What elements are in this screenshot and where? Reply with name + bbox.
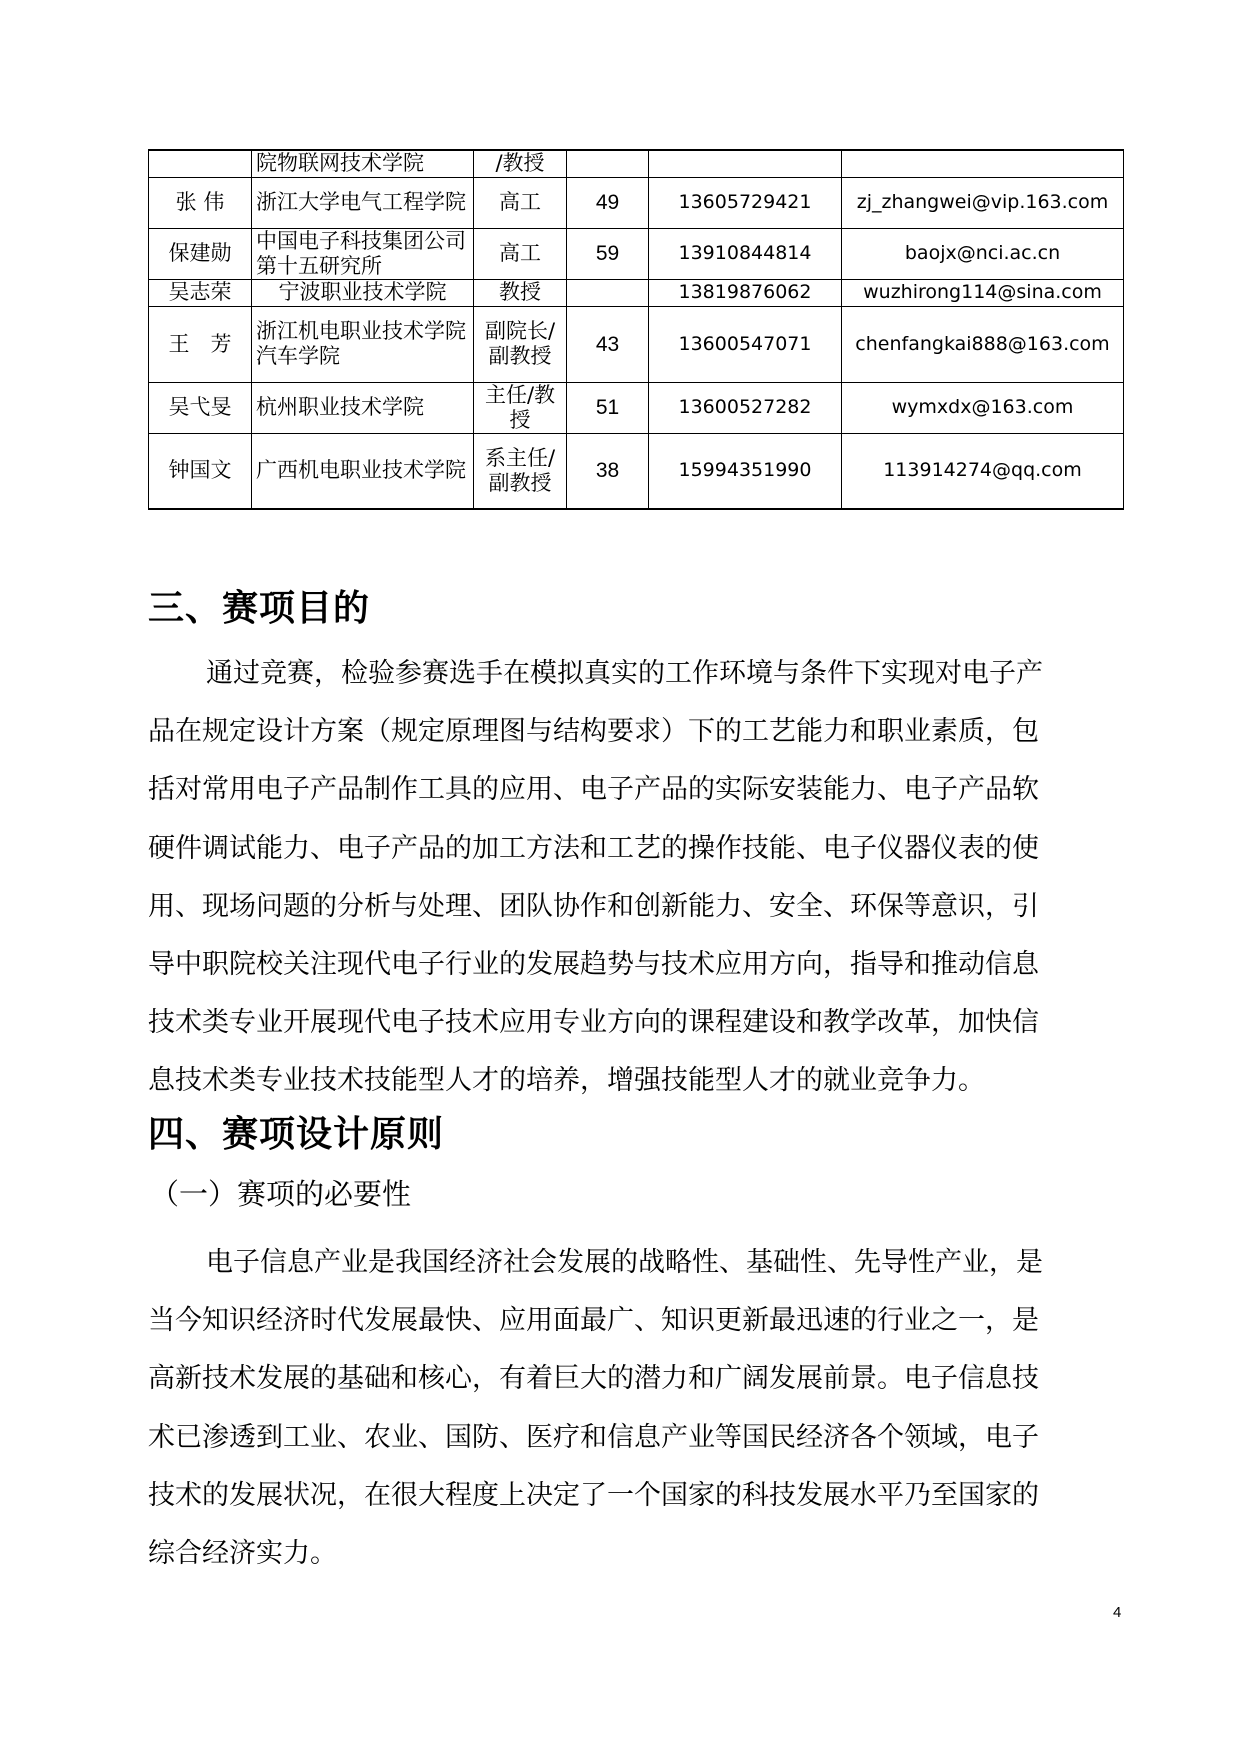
text-line: 导中职院校关注现代电子行业的发展趋势与技术应用方向，指导和推动信息 <box>148 936 1108 994</box>
cell-age <box>567 279 649 306</box>
section-heading-purpose: 三、赛项目的 <box>148 580 370 631</box>
cell-organization: 中国电子科技集团公司第十五研究所 <box>252 228 474 279</box>
cell-title: 高工 <box>474 177 567 228</box>
cell-age: 51 <box>567 382 649 433</box>
text-line: 用、现场问题的分析与处理、团队协作和创新能力、安全、环保等意识，引 <box>148 878 1108 936</box>
table-row: 王 芳 浙江机电职业技术学院汽车学院 副院长/副教授 43 1360054707… <box>149 306 1124 382</box>
cell-age: 38 <box>567 433 649 509</box>
cell-name: 王 芳 <box>149 306 252 382</box>
text-line: 括对常用电子产品制作工具的应用、电子产品的实际安装能力、电子产品软 <box>148 761 1108 819</box>
cell-title: 主任/教授 <box>474 382 567 433</box>
cell-title: /教授 <box>474 150 567 177</box>
cell-name <box>149 150 252 177</box>
cell-phone: 13600547071 <box>649 306 842 382</box>
cell-phone <box>649 150 842 177</box>
text-line: 硬件调试能力、电子产品的加工方法和工艺的操作技能、电子仪器仪表的使 <box>148 820 1108 878</box>
expert-roster-table: 院物联网技术学院 /教授 张 伟 浙江大学电气工程学院 高工 49 136057… <box>148 149 1124 510</box>
text-line: 技术的发展状况，在很大程度上决定了一个国家的科技发展水平乃至国家的 <box>148 1467 1108 1525</box>
cell-phone: 15994351990 <box>649 433 842 509</box>
table-row: 吴弋旻 杭州职业技术学院 主任/教授 51 13600527282 wymxdx… <box>149 382 1124 433</box>
text-line: 综合经济实力。 <box>148 1525 1108 1583</box>
cell-phone: 13910844814 <box>649 228 842 279</box>
cell-email: wymxdx@163.com <box>842 382 1124 433</box>
cell-email: wuzhirong114@sina.com <box>842 279 1124 306</box>
cell-age: 49 <box>567 177 649 228</box>
table-row: 张 伟 浙江大学电气工程学院 高工 49 13605729421 zj_zhan… <box>149 177 1124 228</box>
section-heading-design-principles: 四、赛项设计原则 <box>148 1106 444 1157</box>
text-line: 通过竞赛，检验参赛选手在模拟真实的工作环境与条件下实现对电子产 <box>148 645 1108 703</box>
cell-organization: 院物联网技术学院 <box>252 150 474 177</box>
cell-organization: 浙江大学电气工程学院 <box>252 177 474 228</box>
text-line: 术已渗透到工业、农业、国防、医疗和信息产业等国民经济各个领域，电子 <box>148 1409 1108 1467</box>
cell-organization: 杭州职业技术学院 <box>252 382 474 433</box>
cell-email: chenfangkai888@163.com <box>842 306 1124 382</box>
cell-age: 59 <box>567 228 649 279</box>
text-line: 品在规定设计方案（规定原理图与结构要求）下的工艺能力和职业素质，包 <box>148 703 1108 761</box>
text-line: 息技术类专业技术技能型人才的培养，增强技能型人才的就业竞争力。 <box>148 1052 1108 1110</box>
table-row: 院物联网技术学院 /教授 <box>149 150 1124 177</box>
cell-organization: 宁波职业技术学院 <box>252 279 474 306</box>
text-line: 高新技术发展的基础和核心，有着巨大的潜力和广阔发展前景。电子信息技 <box>148 1350 1108 1408</box>
cell-email: baojx@nci.ac.cn <box>842 228 1124 279</box>
cell-name: 钟国文 <box>149 433 252 509</box>
cell-phone: 13600527282 <box>649 382 842 433</box>
text-line: 当今知识经济时代发展最快、应用面最广、知识更新最迅速的行业之一，是 <box>148 1292 1108 1350</box>
cell-name: 吴志荣 <box>149 279 252 306</box>
page-number: 4 <box>1113 1604 1121 1621</box>
cell-age: 43 <box>567 306 649 382</box>
table-row: 钟国文 广西机电职业技术学院 系主任/副教授 38 15994351990 11… <box>149 433 1124 509</box>
cell-organization: 浙江机电职业技术学院汽车学院 <box>252 306 474 382</box>
cell-age <box>567 150 649 177</box>
cell-title: 副院长/副教授 <box>474 306 567 382</box>
text-line: 电子信息产业是我国经济社会发展的战略性、基础性、先导性产业，是 <box>148 1234 1108 1292</box>
cell-email: 113914274@qq.com <box>842 433 1124 509</box>
cell-title: 系主任/副教授 <box>474 433 567 509</box>
cell-phone: 13605729421 <box>649 177 842 228</box>
text-line: 技术类专业开展现代电子技术应用专业方向的课程建设和教学改革，加快信 <box>148 994 1108 1052</box>
table-row: 保建勋 中国电子科技集团公司第十五研究所 高工 59 13910844814 b… <box>149 228 1124 279</box>
cell-organization: 广西机电职业技术学院 <box>252 433 474 509</box>
purpose-paragraph: 通过竞赛，检验参赛选手在模拟真实的工作环境与条件下实现对电子产 品在规定设计方案… <box>148 645 1108 1111</box>
cell-phone: 13819876062 <box>649 279 842 306</box>
cell-name: 张 伟 <box>149 177 252 228</box>
cell-name: 吴弋旻 <box>149 382 252 433</box>
cell-email: zj_zhangwei@vip.163.com <box>842 177 1124 228</box>
table-row: 吴志荣 宁波职业技术学院 教授 13819876062 wuzhirong114… <box>149 279 1124 306</box>
cell-name: 保建勋 <box>149 228 252 279</box>
cell-title: 教授 <box>474 279 567 306</box>
cell-email <box>842 150 1124 177</box>
necessity-paragraph: 电子信息产业是我国经济社会发展的战略性、基础性、先导性产业，是 当今知识经济时代… <box>148 1234 1108 1583</box>
subsection-heading-necessity: （一）赛项的必要性 <box>150 1172 411 1213</box>
document-page: 院物联网技术学院 /教授 张 伟 浙江大学电气工程学院 高工 49 136057… <box>0 0 1241 1754</box>
cell-title: 高工 <box>474 228 567 279</box>
